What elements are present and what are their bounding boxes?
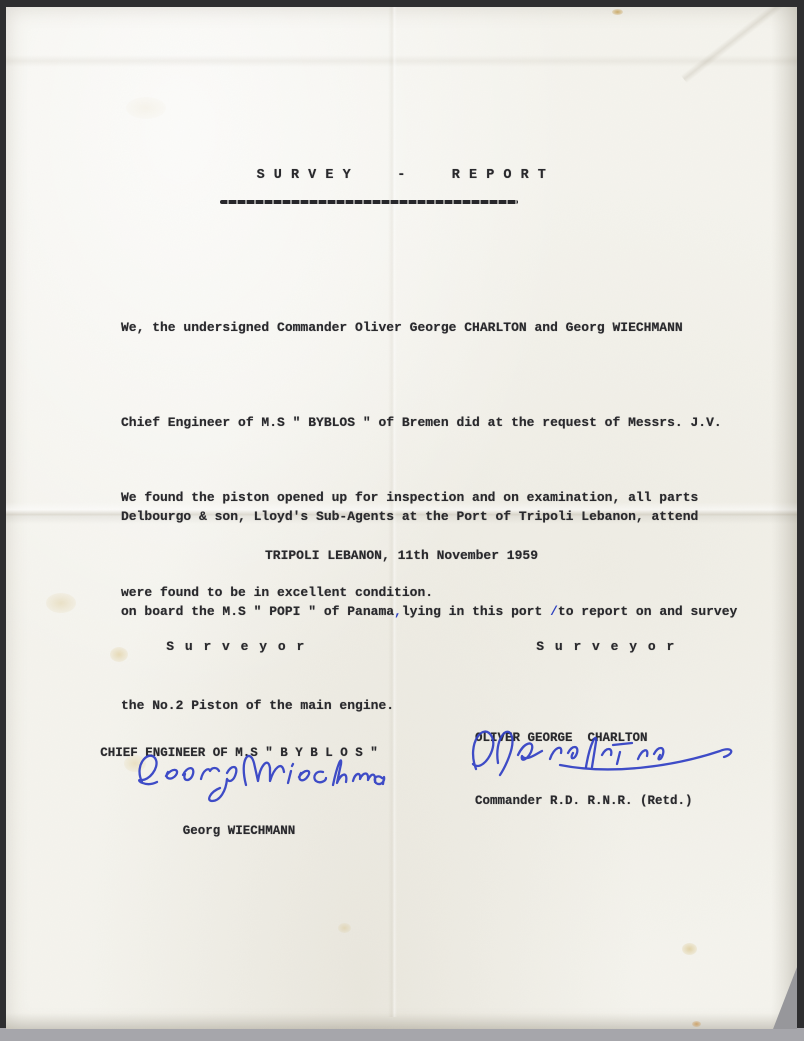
place-date-line: TRIPOLI LEBANON, 11th November 1959 (6, 548, 797, 563)
scanned-document: S U R V E Y - R E P O R T We, the unders… (0, 0, 804, 1041)
paper-edge-shadow-right (771, 7, 797, 1029)
body-line: We, the undersigned Commander Oliver Geo… (121, 312, 761, 344)
title-word-report: R E P O R T (452, 168, 547, 183)
paragraph-findings: We found the piston opened up for inspec… (121, 419, 761, 671)
right-signatory-block: OLIVER GEORGE CHARLTON Commander R.D. R.… (475, 686, 693, 854)
stain (612, 9, 623, 15)
title-dash: - (397, 168, 406, 183)
left-signatory-name: Georg WIECHMANN (81, 818, 397, 844)
document-title: S U R V E Y - R E P O R T (6, 168, 797, 183)
stain (126, 97, 166, 119)
title-word-survey: S U R V E Y (257, 168, 352, 183)
left-signatory-block: CHIEF ENGINEER OF M.S " B Y B L O S " Ge… (81, 688, 397, 896)
right-signatory-title: Commander R.D. R.N.R. (Retd.) (475, 791, 693, 812)
surveyor-heading-right: S u r v e y o r (456, 639, 756, 654)
body-line: were found to be in excellent condition. (121, 577, 761, 609)
stain (682, 943, 697, 955)
surveyor-heading-left: S u r v e y o r (86, 639, 386, 654)
stain (46, 593, 76, 613)
stain (338, 923, 351, 933)
paper-sheet: S U R V E Y - R E P O R T We, the unders… (6, 7, 797, 1029)
fold-crease-top (6, 55, 797, 67)
body-line: We found the piston opened up for inspec… (121, 482, 761, 514)
left-signatory-title: CHIEF ENGINEER OF M.S " B Y B L O S " (81, 740, 397, 766)
paper-edge-shadow-bottom (6, 1013, 797, 1029)
title-underline (220, 200, 518, 204)
right-signatory-name: OLIVER GEORGE CHARLTON (475, 728, 693, 749)
scanner-background-band (0, 1028, 804, 1041)
